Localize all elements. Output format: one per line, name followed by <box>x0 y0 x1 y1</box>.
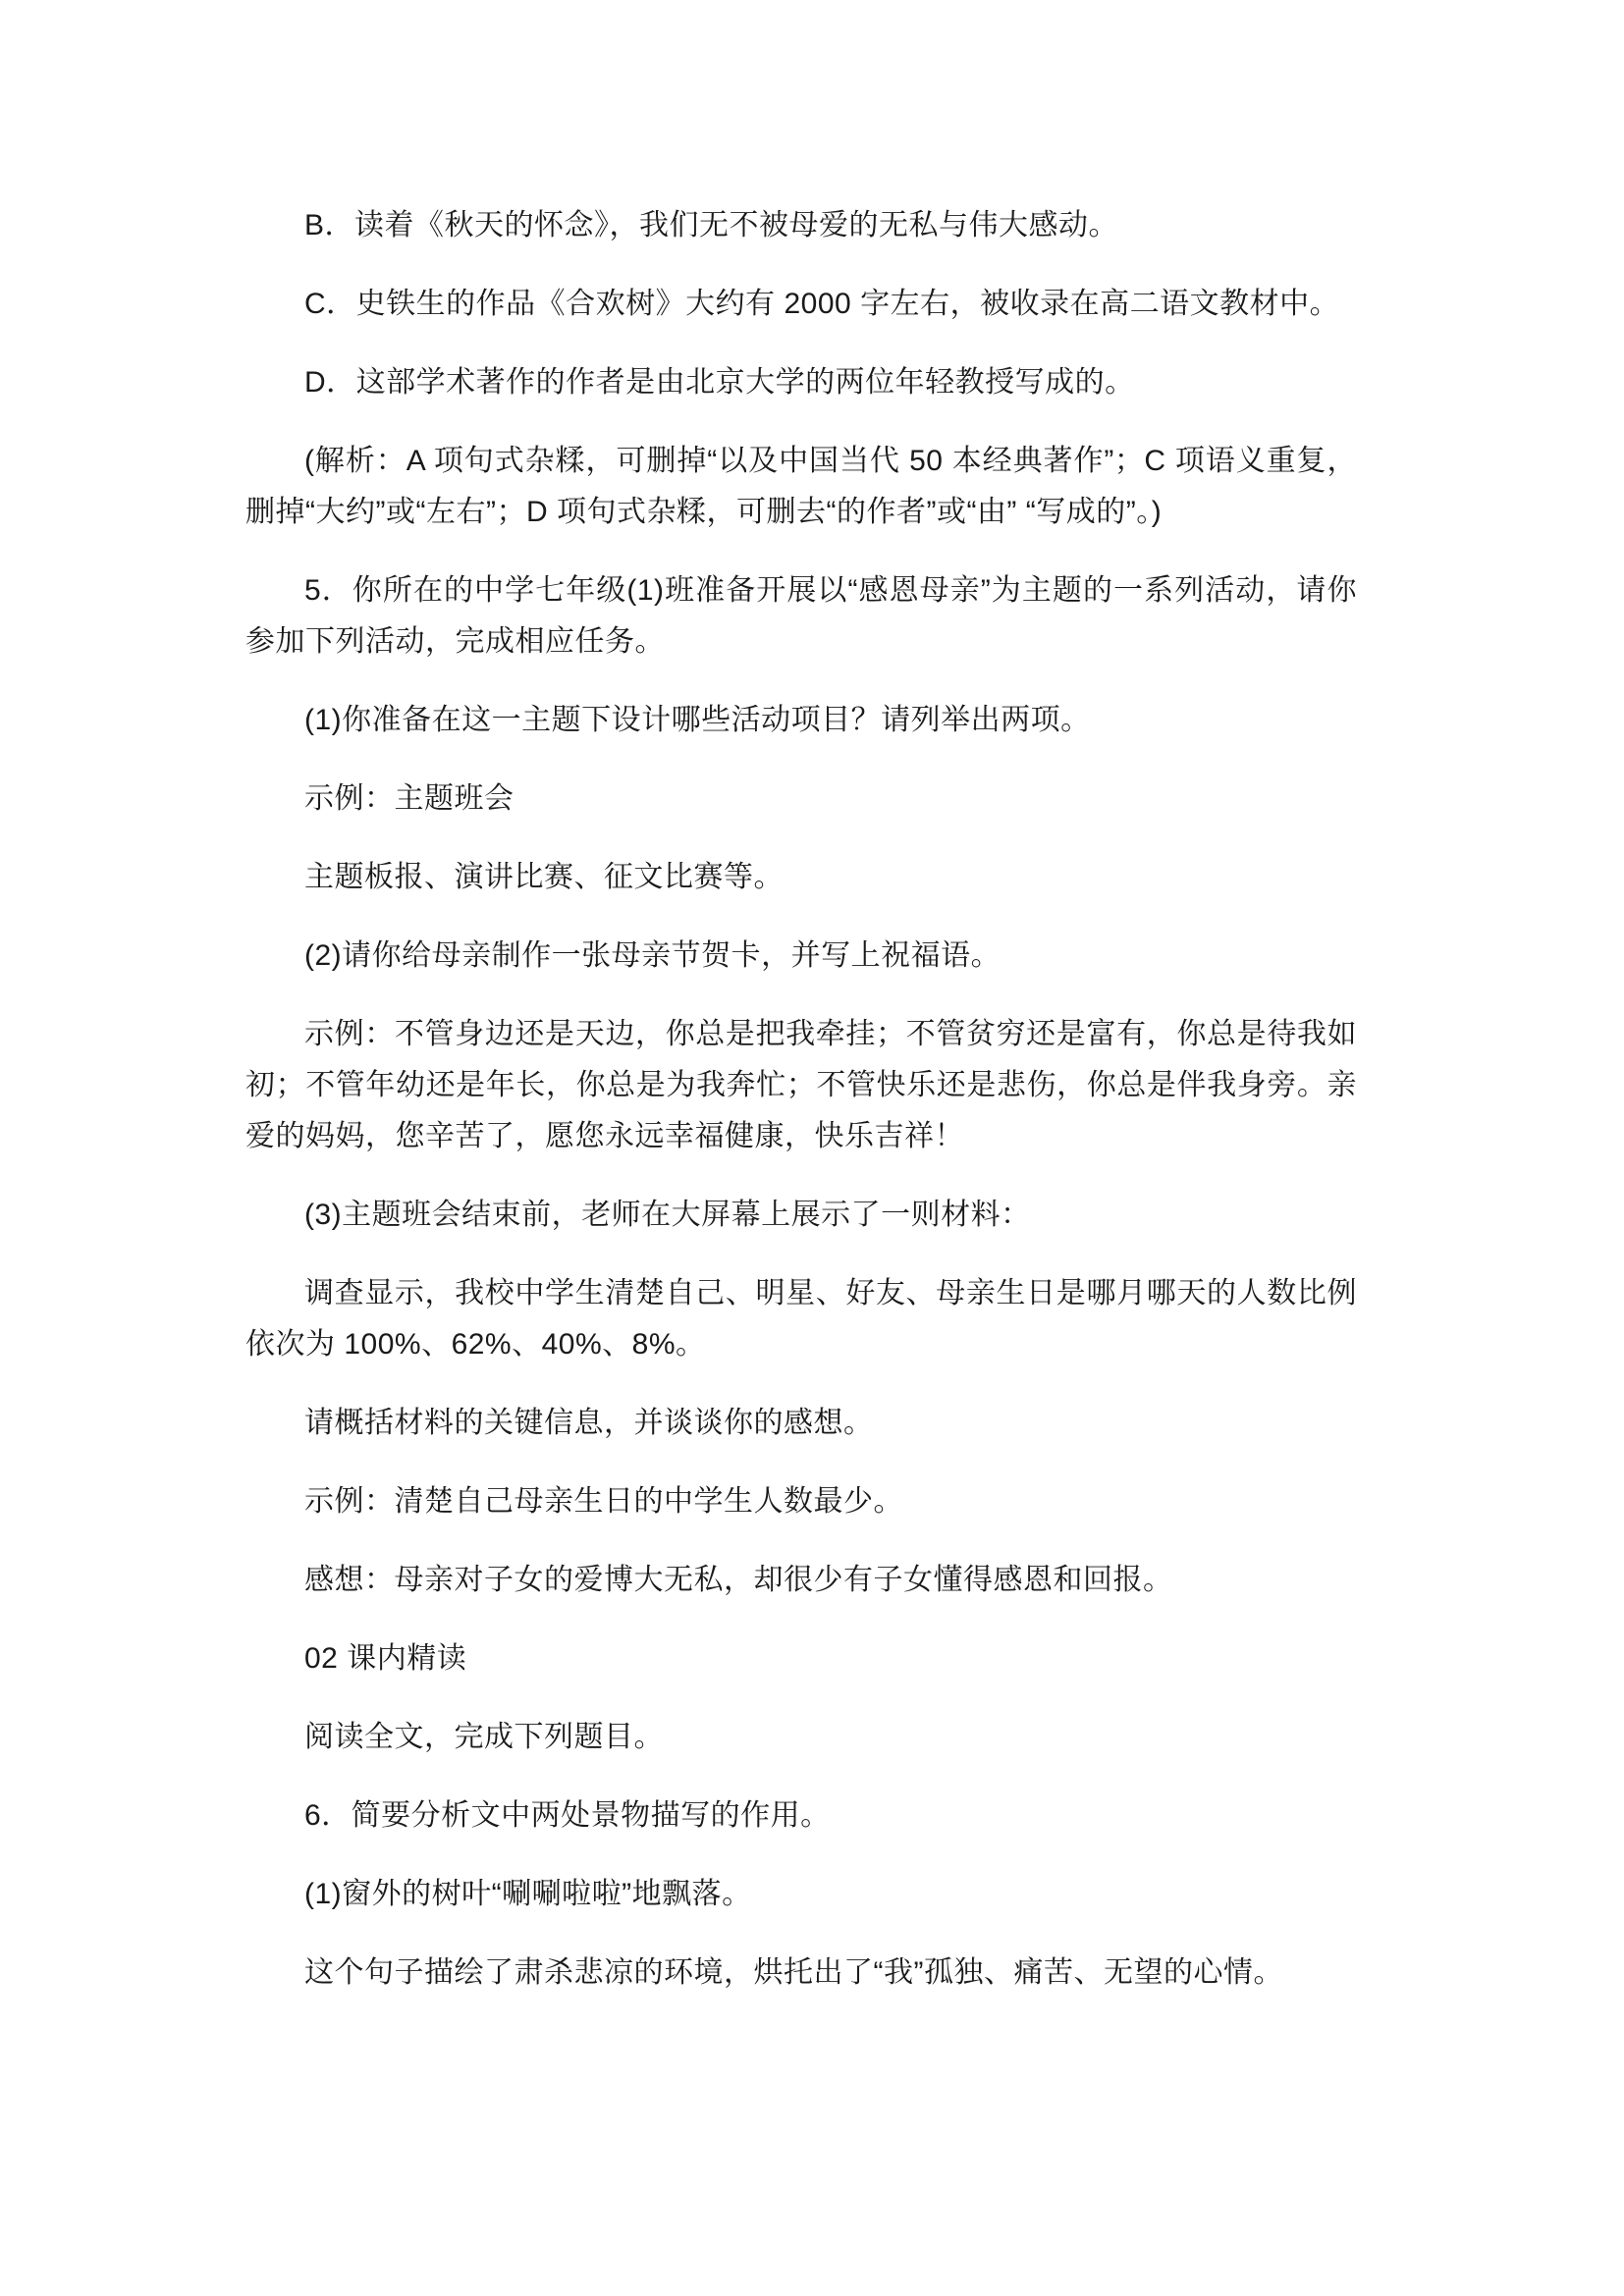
paragraph-question-5-1: (1)你准备在这一主题下设计哪些活动项目？请列举出两项。 <box>245 695 1357 746</box>
paragraph-question-6: 6．简要分析文中两处景物描写的作用。 <box>245 1790 1357 1842</box>
document-body: B．读着《秋天的怀念》，我们无不被母爱的无私与伟大感动。C．史铁生的作品《合欢树… <box>245 200 1357 1999</box>
paragraph-answer-5-3-feeling: 感想：母亲对子女的爱博大无私，却很少有子女懂得感恩和回报。 <box>245 1555 1357 1606</box>
paragraph-section-02-heading: 02 课内精读 <box>245 1633 1357 1684</box>
paragraph-question-6-1: (1)窗外的树叶“唰唰啦啦”地飘落。 <box>245 1869 1357 1920</box>
paragraph-material-survey: 调查显示，我校中学生清楚自己、明星、好友、母亲生日是哪月哪天的人数比例依次为 1… <box>245 1268 1357 1370</box>
paragraph-answer-6-1: 这个句子描绘了肃杀悲凉的环境，烘托出了“我”孤独、痛苦、无望的心情。 <box>245 1948 1357 1999</box>
paragraph-task-summarize: 请概括材料的关键信息，并谈谈你的感想。 <box>245 1398 1357 1449</box>
document-page: B．读着《秋天的怀念》，我们无不被母爱的无私与伟大感动。C．史铁生的作品《合欢树… <box>0 0 1624 2296</box>
paragraph-question-5-2: (2)请你给母亲制作一张母亲节贺卡，并写上祝福语。 <box>245 931 1357 982</box>
paragraph-answer-5-1-more: 主题板报、演讲比赛、征文比赛等。 <box>245 852 1357 903</box>
paragraph-analysis-q4: (解析：A 项句式杂糅，可删掉“以及中国当代 50 本经典著作”；C 项语义重复… <box>245 436 1357 538</box>
paragraph-reading-instruction: 阅读全文，完成下列题目。 <box>245 1712 1357 1763</box>
paragraph-answer-5-3-example: 示例：清楚自己母亲生日的中学生人数最少。 <box>245 1476 1357 1527</box>
paragraph-question-5: 5．你所在的中学七年级(1)班准备开展以“感恩母亲”为主题的一系列活动，请你参加… <box>245 565 1357 667</box>
paragraph-answer-5-2-example: 示例：不管身边还是天边，你总是把我牵挂；不管贫穷还是富有，你总是待我如初；不管年… <box>245 1009 1357 1162</box>
paragraph-option-d: D．这部学术著作的作者是由北京大学的两位年轻教授写成的。 <box>245 357 1357 408</box>
paragraph-answer-5-1-example: 示例：主题班会 <box>245 774 1357 825</box>
paragraph-option-c: C．史铁生的作品《合欢树》大约有 2000 字左右，被收录在高二语文教材中。 <box>245 279 1357 330</box>
paragraph-question-5-3: (3)主题班会结束前，老师在大屏幕上展示了一则材料： <box>245 1190 1357 1241</box>
paragraph-option-b: B．读着《秋天的怀念》，我们无不被母爱的无私与伟大感动。 <box>245 200 1357 251</box>
